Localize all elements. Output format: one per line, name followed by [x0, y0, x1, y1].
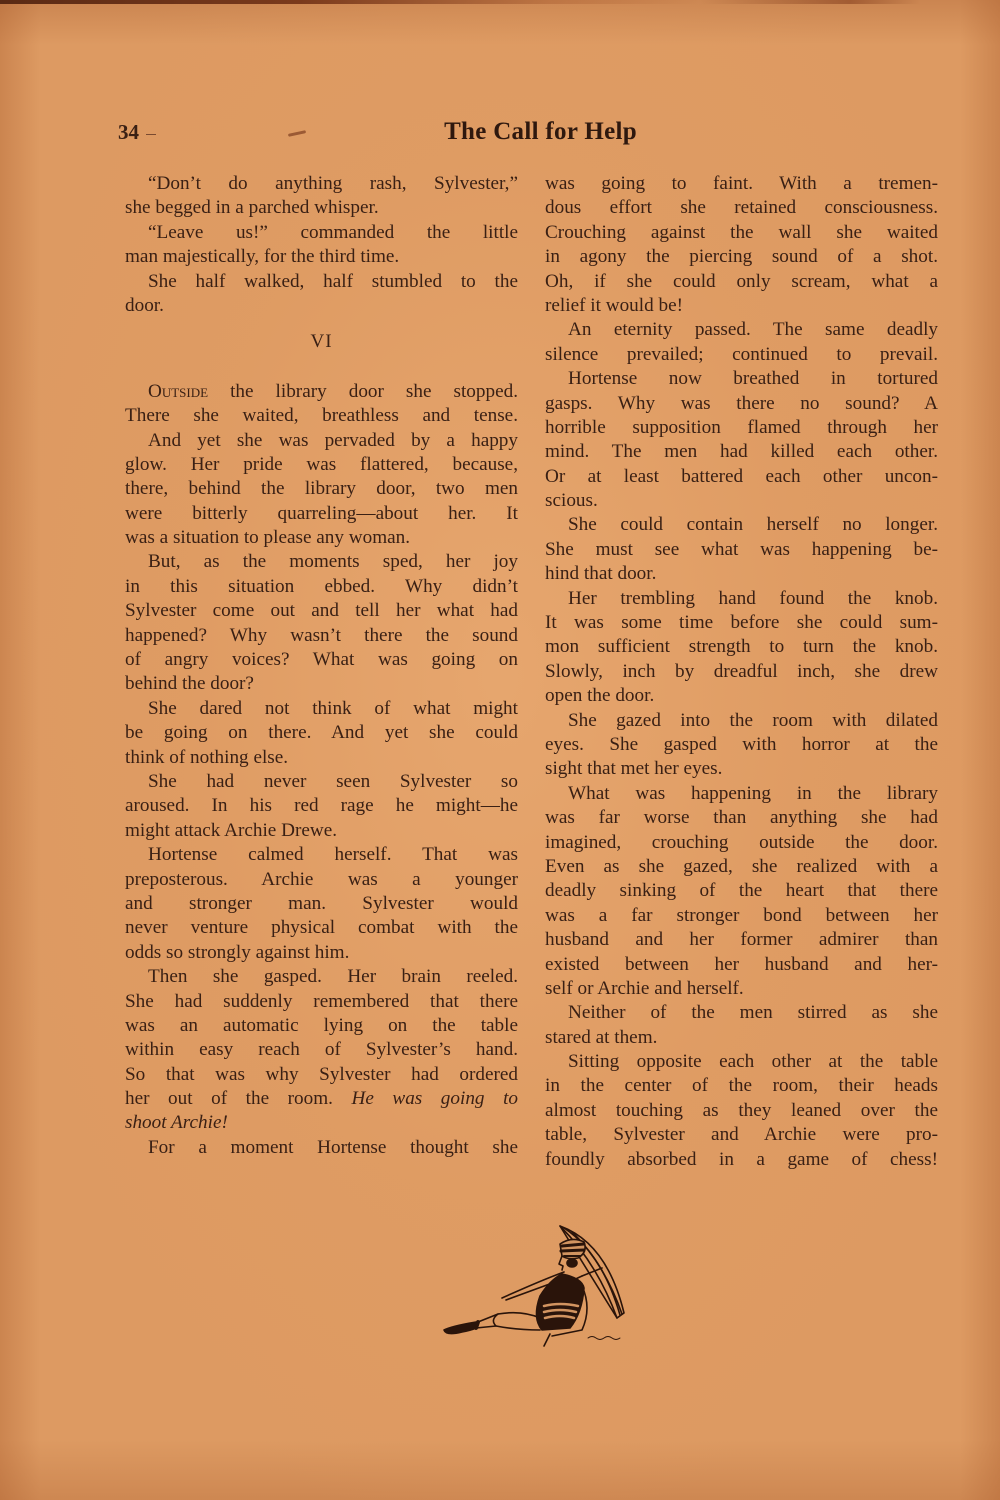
right-column: was going to faint. With a tremen- dous …	[545, 172, 938, 1172]
text-line: Neither of the men stirred as she	[545, 1001, 938, 1025]
text-line: in the center of the room, their heads	[545, 1074, 938, 1098]
text-line: And yet she was pervaded by a happy	[125, 429, 518, 453]
text-line: Hortense now breathed in tortured	[545, 367, 938, 391]
text-line: dous effort she retained consciousness.	[545, 196, 938, 220]
text-line: glow. Her pride was flattered, because,	[125, 453, 518, 477]
paragraph: And yet she was pervaded by a happy glow…	[125, 429, 518, 551]
text-line: Hortense calmed herself. That was	[125, 843, 518, 867]
text-line: in agony the piercing sound of a shot.	[545, 245, 938, 269]
text-line: Oh, if she could only scream, what a	[545, 270, 938, 294]
text-line: was far worse than anything she had	[545, 806, 938, 830]
text-line: So that was why Sylvester had ordered	[125, 1063, 518, 1087]
text-line: For a moment Hortense thought she	[125, 1136, 518, 1160]
text-line: there, behind the library door, two men	[125, 477, 518, 501]
paragraph: She half walked, half stumbled to the do…	[125, 270, 518, 319]
text-line: She had suddenly remembered that there	[125, 990, 518, 1014]
paragraph: But, as the moments sped, her joy in thi…	[125, 550, 518, 696]
paragraph: Outside the library door she stopped. Th…	[125, 380, 518, 429]
text-line: man majestically, for the third time.	[125, 245, 518, 269]
paragraph: She dared not think of what might be goi…	[125, 697, 518, 770]
text-line: mon sufficient strength to turn the knob…	[545, 635, 938, 659]
text-line: Then she gasped. Her brain reeled.	[125, 965, 518, 989]
text-line: silence prevailed; continued to prevail.	[545, 343, 938, 367]
text-line: shoot Archie!	[125, 1111, 518, 1135]
running-title: The Call for Help	[118, 118, 963, 146]
text-line: think of nothing else.	[125, 746, 518, 770]
text-line: Even as she gazed, she realized with a	[545, 855, 938, 879]
text-line: She must see what was happening be-	[545, 538, 938, 562]
text-line: An eternity passed. The same deadly	[545, 318, 938, 342]
paragraph: For a moment Hortense thought she	[125, 1136, 518, 1160]
bather-illustration-icon	[432, 1218, 632, 1348]
text-line: aroused. In his red rage he might—he	[125, 794, 518, 818]
text-line: Sitting opposite each other at the table	[545, 1050, 938, 1074]
text-fragment: her out of the room.	[125, 1088, 351, 1109]
text-line: door.	[125, 294, 518, 318]
italic-text: shoot Archie!	[125, 1112, 228, 1133]
page-top-edge-shadow	[0, 0, 1000, 4]
text-line: open the door.	[545, 684, 938, 708]
text-line: table, Sylvester and Archie were pro-	[545, 1123, 938, 1147]
reclining-bather-parasol-illustration	[432, 1218, 632, 1348]
text-line: She could contain herself no longer.	[545, 513, 938, 537]
paragraph: An eternity passed. The same deadly sile…	[545, 318, 938, 367]
paragraph: Her trembling hand found the knob. It wa…	[545, 587, 938, 709]
left-column: “Don’t do anything rash, Sylvester,” she…	[125, 172, 518, 1160]
paragraph: Sitting opposite each other at the table…	[545, 1050, 938, 1172]
text-line: “Leave us!” commanded the little	[125, 221, 518, 245]
paragraph: “Leave us!” commanded the little man maj…	[125, 221, 518, 270]
text-line: within easy reach of Sylvester’s hand.	[125, 1038, 518, 1062]
text-line: self or Archie and herself.	[545, 977, 938, 1001]
running-head: 34 The Call for Help	[118, 118, 918, 152]
text-line: She gazed into the room with dilated	[545, 709, 938, 733]
text-line: was a situation to please any woman.	[125, 526, 518, 550]
text-line: Crouching against the wall she waited	[545, 221, 938, 245]
text-line: she begged in a parched whisper.	[125, 196, 518, 220]
paragraph: Hortense calmed herself. That was prepos…	[125, 843, 518, 965]
text-line: hind that door.	[545, 562, 938, 586]
text-line: Sylvester come out and tell her what had	[125, 599, 518, 623]
text-line: and stronger man. Sylvester would	[125, 892, 518, 916]
text-line: She half walked, half stumbled to the	[125, 270, 518, 294]
text-line: foundly absorbed in a game of chess!	[545, 1148, 938, 1172]
text-line: relief it would be!	[545, 294, 938, 318]
text-line: What was happening in the library	[545, 782, 938, 806]
text-line: of angry voices? What was going on	[125, 648, 518, 672]
text-line: imagined, crouching outside the door.	[545, 831, 938, 855]
italic-text: He was going to	[351, 1088, 518, 1109]
paragraph: She had never seen Sylvester so aroused.…	[125, 770, 518, 843]
text-line: It was some time before she could sum-	[545, 611, 938, 635]
text-line: happened? Why wasn’t there the sound	[125, 624, 518, 648]
paragraph: She gazed into the room with dilated eye…	[545, 709, 938, 782]
text-line: almost touching as they leaned over the	[545, 1099, 938, 1123]
text-line: were bitterly quarreling—about her. It	[125, 502, 518, 526]
text-line: She had never seen Sylvester so	[125, 770, 518, 794]
text-line: might attack Archie Drewe.	[125, 819, 518, 843]
text-line: There she waited, breathless and tense.	[125, 404, 518, 428]
text-line: Or at least battered each other uncon-	[545, 465, 938, 489]
section-heading: VI	[125, 330, 518, 354]
text-line: behind the door?	[125, 672, 518, 696]
text-line: horrible supposition flamed through her	[545, 416, 938, 440]
text-line: deadly sinking of the heart that there	[545, 879, 938, 903]
text-line: husband and her former admirer than	[545, 928, 938, 952]
text-line: Outside the library door she stopped.	[125, 380, 518, 404]
text-line: her out of the room. He was going to	[125, 1087, 518, 1111]
paragraph: Then she gasped. Her brain reeled. She h…	[125, 965, 518, 1136]
text-line: in this situation ebbed. Why didn’t	[125, 575, 518, 599]
text-line: Slowly, inch by dreadful inch, she drew	[545, 660, 938, 684]
text-line: existed between her husband and her-	[545, 953, 938, 977]
text-line: was an automatic lying on the table	[125, 1014, 518, 1038]
text-line: But, as the moments sped, her joy	[125, 550, 518, 574]
text-line: stared at them.	[545, 1026, 938, 1050]
paragraph-continuation: was going to faint. With a tremen- dous …	[545, 172, 938, 318]
text-line: gasps. Why was there no sound? A	[545, 392, 938, 416]
paragraph: Neither of the men stirred as she stared…	[545, 1001, 938, 1050]
paragraph: “Don’t do anything rash, Sylvester,” she…	[125, 172, 518, 221]
text-line: scious.	[545, 489, 938, 513]
paragraph: What was happening in the library was fa…	[545, 782, 938, 1002]
text-fragment: the library door she stopped.	[208, 381, 518, 402]
paragraph: Hortense now breathed in tortured gasps.…	[545, 367, 938, 513]
text-line: She dared not think of what might	[125, 697, 518, 721]
text-line: mind. The men had killed each other.	[545, 440, 938, 464]
text-line: be going on there. And yet she could	[125, 721, 518, 745]
text-line: Her trembling hand found the knob.	[545, 587, 938, 611]
text-line: “Don’t do anything rash, Sylvester,”	[125, 172, 518, 196]
text-line: was going to faint. With a tremen-	[545, 172, 938, 196]
text-line: odds so strongly against him.	[125, 941, 518, 965]
text-line: was a far stronger bond between her	[545, 904, 938, 928]
text-line: sight that met her eyes.	[545, 757, 938, 781]
text-line: eyes. She gasped with horror at the	[545, 733, 938, 757]
text-line: preposterous. Archie was a younger	[125, 868, 518, 892]
text-line: never venture physical combat with the	[125, 916, 518, 940]
small-caps-lead: Outside	[148, 381, 208, 402]
paragraph: She could contain herself no longer. She…	[545, 513, 938, 586]
